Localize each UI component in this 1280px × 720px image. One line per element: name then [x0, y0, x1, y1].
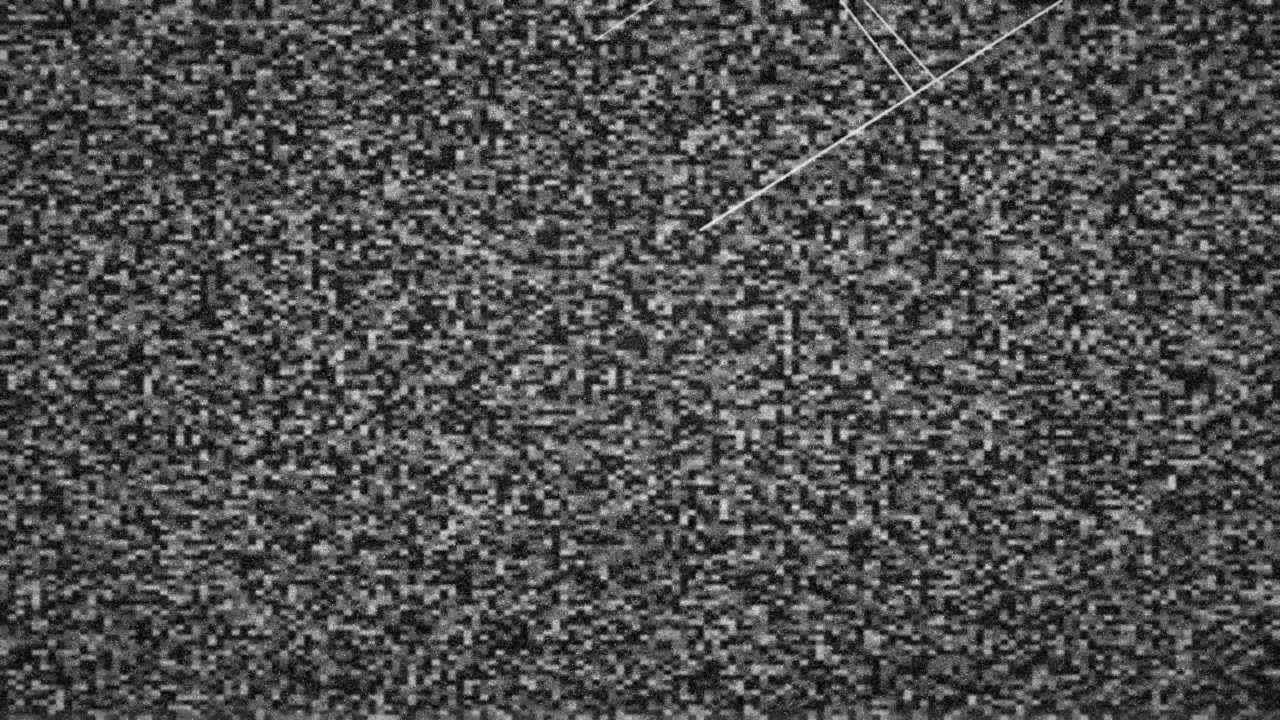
noise-photo: Grainy grayscale low-light photograph of…	[0, 0, 1280, 720]
noise-texture	[0, 0, 1280, 720]
